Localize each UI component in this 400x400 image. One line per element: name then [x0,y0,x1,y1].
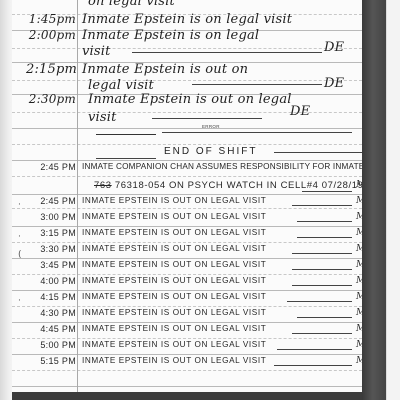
officer-initials: DE [324,40,344,55]
entry-time: 4:15 PM [26,292,76,302]
entry-time: 2:45 PM [26,162,76,172]
margin-tick: · [18,200,21,210]
log-entry [12,372,362,390]
entry-text: legal visit [88,78,154,93]
entry-text: visit [82,44,111,59]
entry-time: 2:30pm [26,92,76,106]
entry-text: Inmate Epstein is out on legal [88,92,292,107]
entry-time: 3:00 PM [26,212,76,222]
entry-time: 4:45 PM [26,324,76,334]
ruled-line [12,128,362,129]
entry-text: INMATE EPSTEIN IS OUT ON LEGAL VISIT [82,228,266,237]
struck-text: 763 [94,180,112,191]
fill-line [192,84,322,85]
fill-line [292,285,352,286]
entry-text: INMATE EPSTEIN IS OUT ON LEGAL VISIT [82,196,266,205]
fill-line [152,118,262,119]
entry-time: 1:45pm [26,12,76,26]
log-entry: 2:30pm Inmate Epstein is out on legal DE [12,92,362,110]
page-right-edge [386,0,400,400]
logbook-page: on legal visit 1:45pm Inmate Epstein is … [12,0,362,392]
entry-text-body: 76318-054 ON PSYCH WATCH IN CELL#4 07/28… [115,180,362,191]
entry-time: 4:30 PM [26,308,76,318]
fill-line [292,205,352,206]
fill-line [287,301,352,302]
entry-text: INMATE EPSTEIN IS OUT ON LEGAL VISIT [82,212,266,221]
strike-mark [96,134,156,135]
ruled-line [12,144,362,145]
entry-text: INMATE EPSTEIN IS OUT ON LEGAL VISIT [82,244,266,253]
entry-text: 763 76318-054 ON PSYCH WATCH IN CELL#4 0… [94,180,362,191]
entry-text: INMATE EPSTEIN IS OUT ON LEGAL VISIT [82,276,266,285]
entry-text: Inmate Epstein is out on [82,62,248,77]
entry-time: 2:45 PM [26,196,76,206]
fill-line [277,349,352,350]
entry-time: 3:45 PM [26,260,76,270]
entry-text: Inmate Epstein is on legal [82,28,259,43]
page-bottom-edge [12,392,362,400]
fill-line [274,152,362,153]
officer-initials: DE [324,76,344,91]
log-entry: 2:45 PM INMATE COMPANION CHAN ASSUMES RE… [12,162,362,180]
fill-line [297,237,352,238]
margin-tick: ( [18,250,22,260]
fill-line [132,52,322,53]
fill-line [297,317,352,318]
end-of-shift-marker: END OF SHIFT [164,146,257,157]
entry-text: INMATE EPSTEIN IS OUT ON LEGAL VISIT [82,260,266,269]
entry-time: 2:00pm [26,28,76,42]
entry-time: 3:30 PM [26,244,76,254]
entry-time: 5:15 PM [26,356,76,366]
fill-line [292,269,352,270]
entry-time: 4:00 PM [26,276,76,286]
entry-text: INMATE EPSTEIN IS OUT ON LEGAL VISIT [82,308,266,317]
fill-line [302,191,352,192]
fill-line [292,333,352,334]
fill-line [274,365,352,366]
fill-line [96,158,156,159]
entry-text: INMATE EPSTEIN IS OUT ON LEGAL VISIT [82,340,266,349]
log-entry: on legal visit [12,0,362,12]
margin-tick: · [18,296,21,306]
margin-tick: · [18,232,21,242]
entry-text: INMATE COMPANION CHAN ASSUMES RESPONSIBI… [82,162,362,171]
entry-text: visit [88,110,117,125]
fill-line [292,253,352,254]
notebook-binding [362,0,386,400]
entry-text: Inmate Epstein is on legal visit [82,12,292,27]
entry-text: INMATE EPSTEIN IS OUT ON LEGAL VISIT [82,324,266,333]
error-note: ERROR [202,124,220,129]
entry-time: 3:15 PM [26,228,76,238]
log-entry: visit [12,110,362,128]
fill-line [162,132,352,133]
entry-time: 5:00 PM [26,340,76,350]
entry-time: 2:15pm [26,62,76,77]
log-entry: visit DE [12,44,362,62]
entry-text: INMATE EPSTEIN IS OUT ON LEGAL VISIT [82,356,266,365]
fill-line [297,221,352,222]
entry-text: on legal visit [88,0,175,9]
entry-text: INMATE EPSTEIN IS OUT ON LEGAL VISIT [82,292,266,301]
ruled-line [12,160,362,161]
